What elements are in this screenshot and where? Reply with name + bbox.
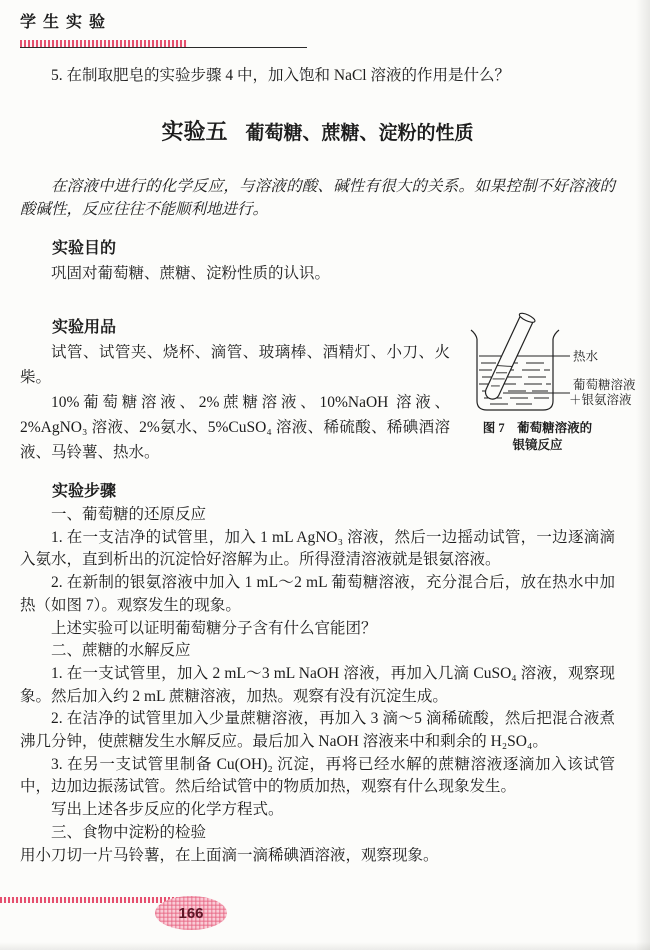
steps-part2-step2: 2. 在洁净的试管里加入少量蔗糖溶液，再加入 3 滴～5 滴稀硫酸，然后把混合液… (20, 708, 615, 753)
steps-part1-step1: 1. 在一支洁净的试管里，加入 1 mL AgNO₃ 溶液，然后一边摇动试管，一… (20, 527, 615, 572)
steps-part3-text: 用小刀切一片马铃薯，在上面滴一滴稀碘酒溶液，观察现象。 (20, 845, 615, 868)
label-hot-water: 热水 (573, 349, 599, 364)
steps-heading: 实验步骤 (20, 479, 615, 504)
steps-part2-title: 二、蔗糖的水解反应 (20, 640, 615, 663)
steps-part2-note: 写出上述各步反应的化学方程式。 (20, 799, 615, 822)
label-solution-2: ＋银氨溶液 (569, 392, 632, 407)
section-supplies: 热水 葡萄糖溶液 ＋银氨溶液 图 7 葡萄糖溶液的 银镜反应 实验用品 试管、试… (20, 315, 615, 465)
figure-caption: 图 7 葡萄糖溶液的 银镜反应 (460, 420, 615, 454)
steps-part1-step2: 2. 在新制的银氨溶液中加入 1 mL～2 mL 葡萄糖溶液，充分混合后，放在热… (20, 572, 615, 617)
figure-caption-line1: 图 7 葡萄糖溶液的 (460, 420, 615, 437)
scan-edge-right (636, 0, 650, 950)
beaker-rim (553, 330, 559, 339)
scan-edge-bottom (0, 942, 650, 950)
experiment-name: 葡萄糖、蔗糖、淀粉的性质 (246, 123, 474, 144)
page-number: 166 (178, 905, 203, 922)
purpose-heading: 实验目的 (20, 236, 615, 261)
test-tube (482, 312, 536, 403)
steps-part3-title: 三、食物中淀粉的检验 (20, 822, 615, 845)
page-number-badge: 166 (155, 896, 227, 930)
section-purpose: 实验目的 巩固对葡萄糖、蔗糖、淀粉性质的认识。 (20, 236, 615, 286)
beaker-illustration: 热水 葡萄糖溶液 ＋银氨溶液 (468, 313, 638, 415)
experiment-number: 实验五 (161, 119, 227, 144)
steps-part1-title: 一、葡萄糖的还原反应 (20, 504, 615, 527)
page-header: 学生实验 (20, 14, 615, 48)
steps-part2-step1: 1. 在一支试管里，加入 2 mL～3 mL NaOH 溶液，再加入几滴 CuS… (20, 663, 615, 708)
section-steps: 实验步骤 一、葡萄糖的还原反应 1. 在一支洁净的试管里，加入 1 mL AgN… (20, 479, 615, 867)
purpose-text: 巩固对葡萄糖、蔗糖、淀粉性质的认识。 (20, 261, 615, 286)
label-solution-1: 葡萄糖溶液 (573, 377, 636, 392)
beaker-spout (471, 330, 477, 339)
question-5: 5. 在制取肥皂的实验步骤 4 中，加入饱和 NaCl 溶液的作用是什么？ (20, 64, 615, 87)
chapter-title: 学生实验 (20, 14, 615, 32)
header-stripe-bar (20, 40, 187, 47)
textbook-page: 学生实验 5. 在制取肥皂的实验步骤 4 中，加入饱和 NaCl 溶液的作用是什… (0, 0, 650, 867)
figure-caption-line2: 银镜反应 (460, 437, 615, 454)
intro-paragraph: 在溶液中进行的化学反应，与溶液的酸、碱性有很大的关系。如果控制不好溶液的酸碱性，… (20, 175, 615, 221)
steps-part1-question: 上述实验可以证明葡萄糖分子含有什么官能团？ (20, 618, 615, 641)
experiment-title: 实验五 葡萄糖、蔗糖、淀粉的性质 (20, 117, 615, 150)
header-rule (20, 40, 307, 48)
figure-7: 热水 葡萄糖溶液 ＋银氨溶液 图 7 葡萄糖溶液的 银镜反应 (460, 313, 615, 454)
steps-part2-step3: 3. 在另一支试管里制备 Cu(OH)₂ 沉淀，再将已经水解的蔗糖溶液逐滴加入该… (20, 754, 615, 799)
